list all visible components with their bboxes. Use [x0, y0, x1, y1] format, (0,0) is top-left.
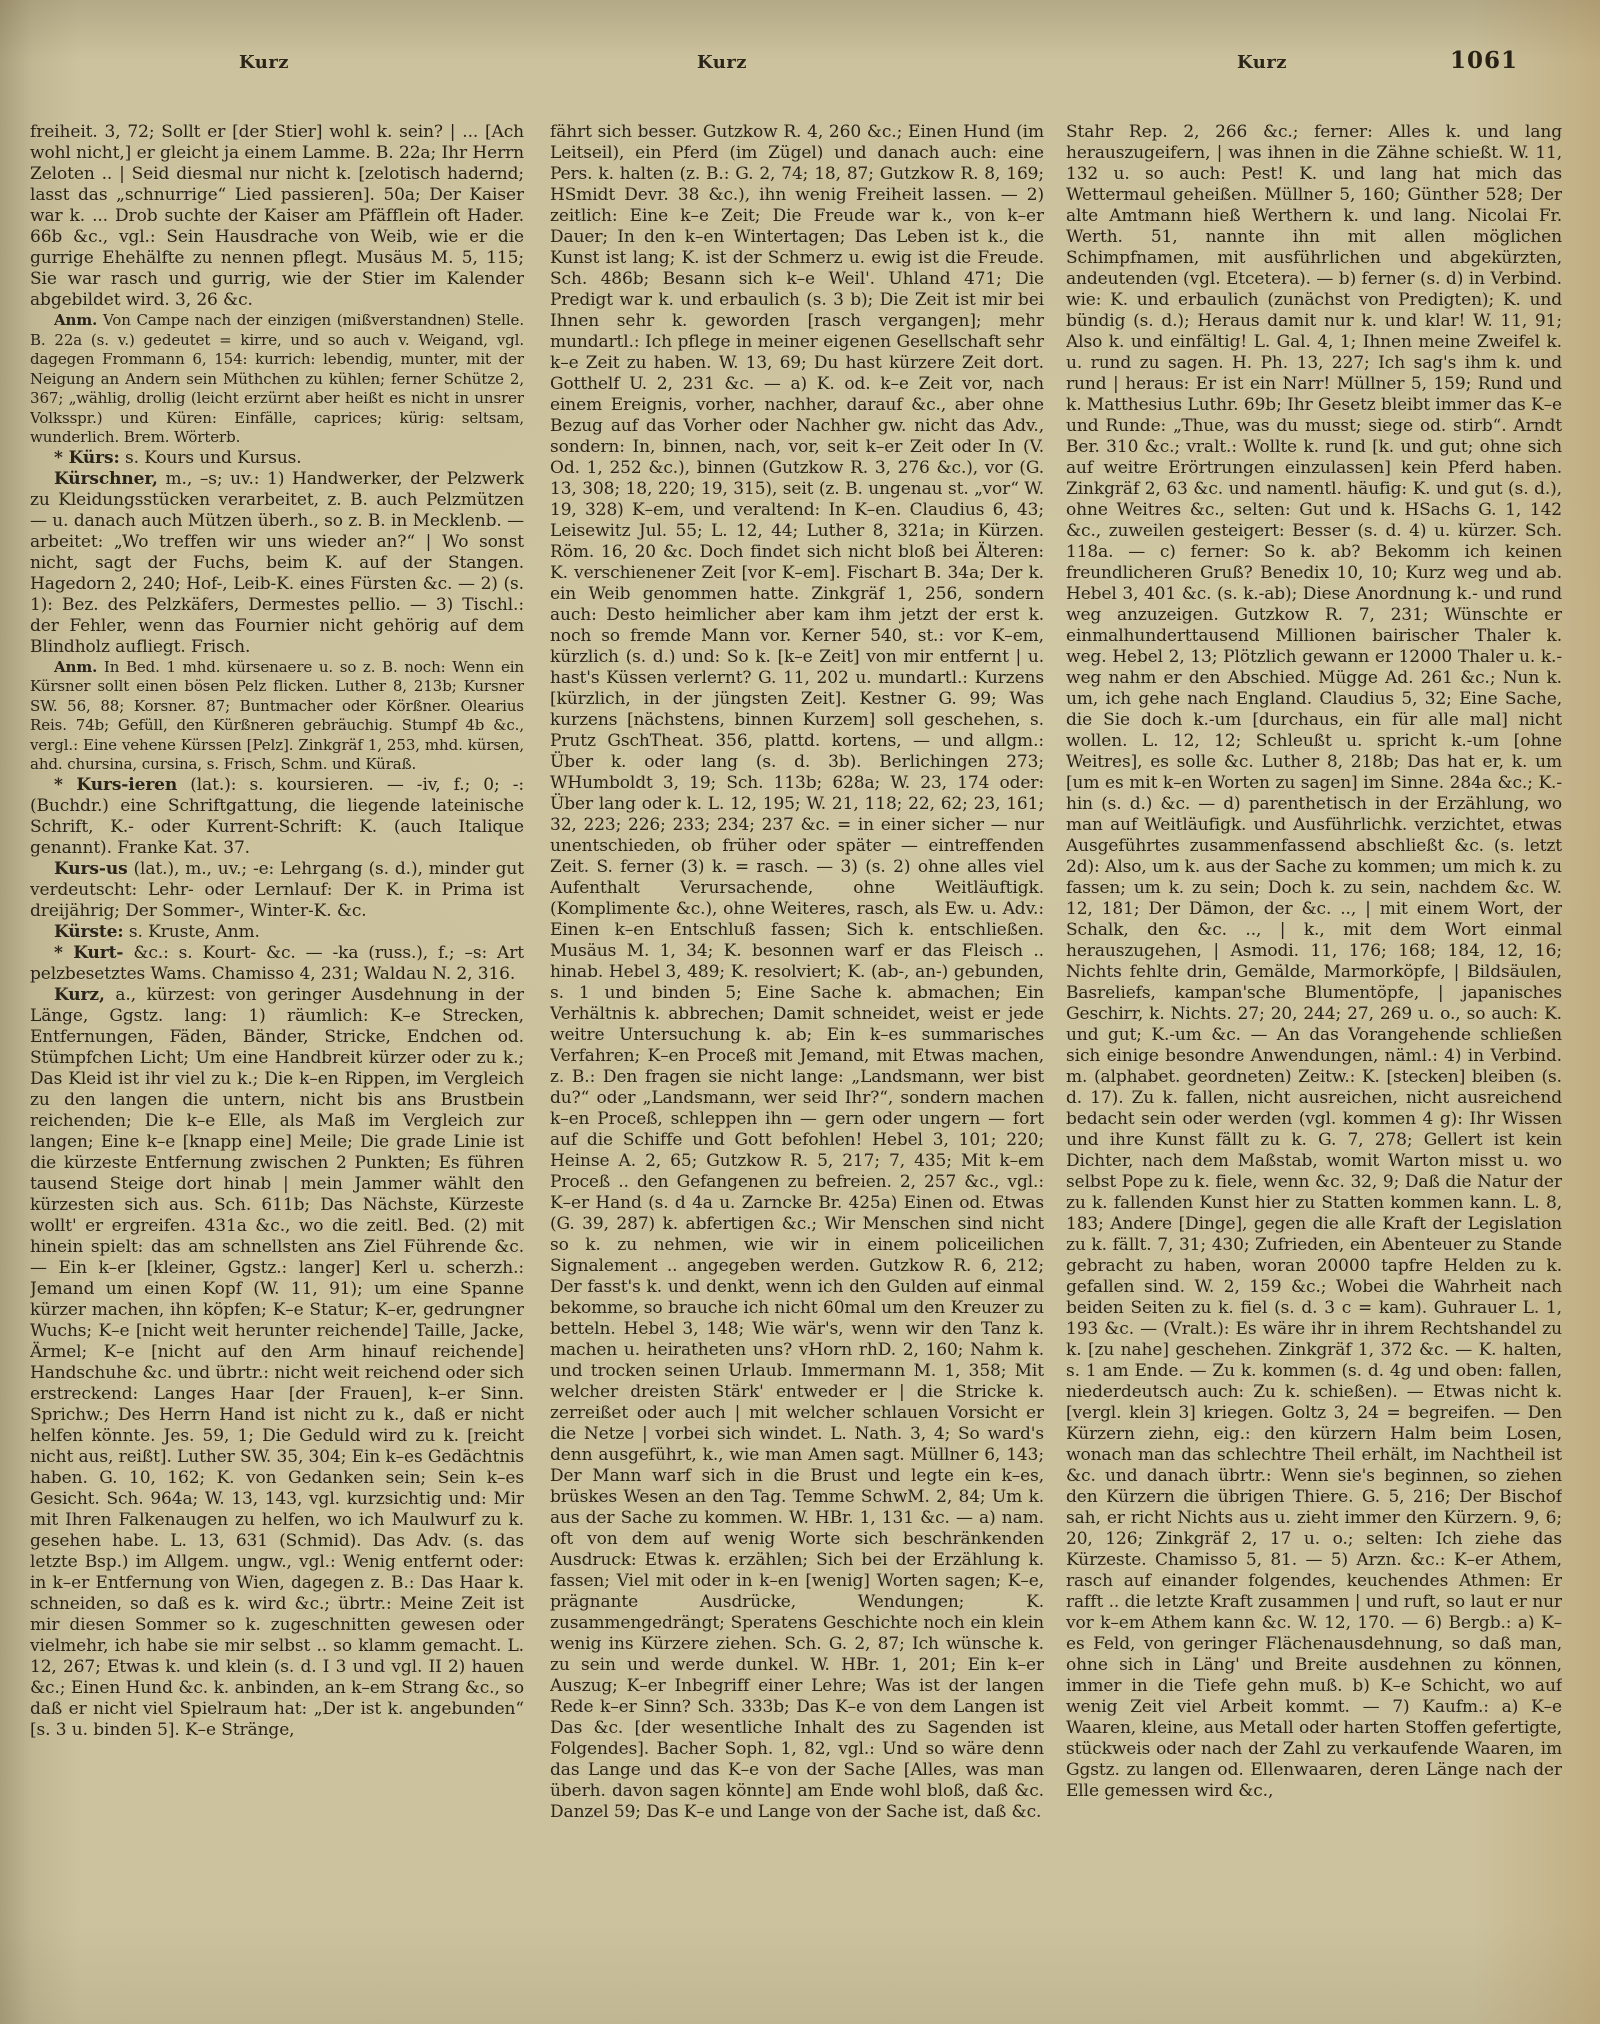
- paragraph-text: s. Kruste, Anm.: [129, 922, 260, 942]
- entry-headword: Anm.: [54, 311, 97, 329]
- paragraph-text: a., kürzest: von geringer Ausdehnung in …: [30, 985, 524, 1740]
- entry-headword: Anm.: [54, 658, 97, 676]
- paragraph: Anm. Von Campe nach der einzigen (mißver…: [30, 311, 524, 448]
- paragraph: Anm. In Bed. 1 mhd. kürsenaere u. so z. …: [30, 658, 524, 775]
- paragraph: Kurz, a., kürzest: von geringer Ausdehnu…: [30, 985, 524, 1741]
- paragraph-text: Von Campe nach der einzigen (mißverstand…: [30, 311, 524, 446]
- entry-headword: * Kürs:: [54, 448, 120, 468]
- running-head-col3: Kurz: [1237, 52, 1287, 73]
- entry-headword: Kürschner,: [54, 469, 158, 489]
- paragraph-text: m., –s; uv.: 1) Handwerker, der Pelzwerk…: [30, 469, 524, 657]
- paragraph: freiheit. 3, 72; Sollt er [der Stier] wo…: [30, 122, 524, 311]
- paragraph-text: s. Kours und Kursus.: [125, 448, 302, 468]
- paragraph: Kürste: s. Kruste, Anm.: [30, 922, 524, 943]
- entry-headword: Kurs-us: [54, 859, 128, 879]
- paragraph-text: freiheit. 3, 72; Sollt er [der Stier] wo…: [30, 122, 524, 310]
- paragraph: Stahr Rep. 2, 266 &c.; ferner: Alles k. …: [1066, 122, 1562, 1802]
- running-head-col1: Kurz: [239, 52, 289, 73]
- book-page: Kurz Kurz Kurz 1061 freiheit. 3, 72; Sol…: [0, 0, 1600, 2024]
- paragraph-text: fährt sich besser. Gutzkow R. 4, 260 &c.…: [550, 122, 1044, 1822]
- text-column-1: freiheit. 3, 72; Sollt er [der Stier] wo…: [30, 122, 524, 1900]
- page-number: 1061: [1450, 47, 1518, 74]
- running-head-col2: Kurz: [697, 52, 747, 73]
- text-column-3: Stahr Rep. 2, 266 &c.; ferner: Alles k. …: [1066, 122, 1562, 1900]
- paragraph: * Kürs: s. Kours und Kursus.: [30, 448, 524, 469]
- entry-headword: Kurz,: [54, 985, 105, 1005]
- entry-headword: * Kurs-ieren: [54, 775, 177, 795]
- entry-headword: Kürste:: [54, 922, 124, 942]
- entry-headword: * Kurt-: [54, 943, 123, 963]
- paragraph-text: Stahr Rep. 2, 266 &c.; ferner: Alles k. …: [1066, 122, 1562, 1801]
- paragraph-text: In Bed. 1 mhd. kürsenaere u. so z. B. no…: [30, 658, 524, 774]
- paragraph: Kürschner, m., –s; uv.: 1) Handwerker, d…: [30, 469, 524, 658]
- paragraph: * Kurs-ieren (lat.): s. koursieren. — -i…: [30, 775, 524, 859]
- text-column-2: fährt sich besser. Gutzkow R. 4, 260 &c.…: [550, 122, 1044, 1900]
- paragraph: * Kurt- &c.: s. Kourt- &c. — -ka (russ.)…: [30, 943, 524, 985]
- paragraph: Kurs-us (lat.), m., uv.; -e: Lehrgang (s…: [30, 859, 524, 922]
- paragraph: fährt sich besser. Gutzkow R. 4, 260 &c.…: [550, 122, 1044, 1823]
